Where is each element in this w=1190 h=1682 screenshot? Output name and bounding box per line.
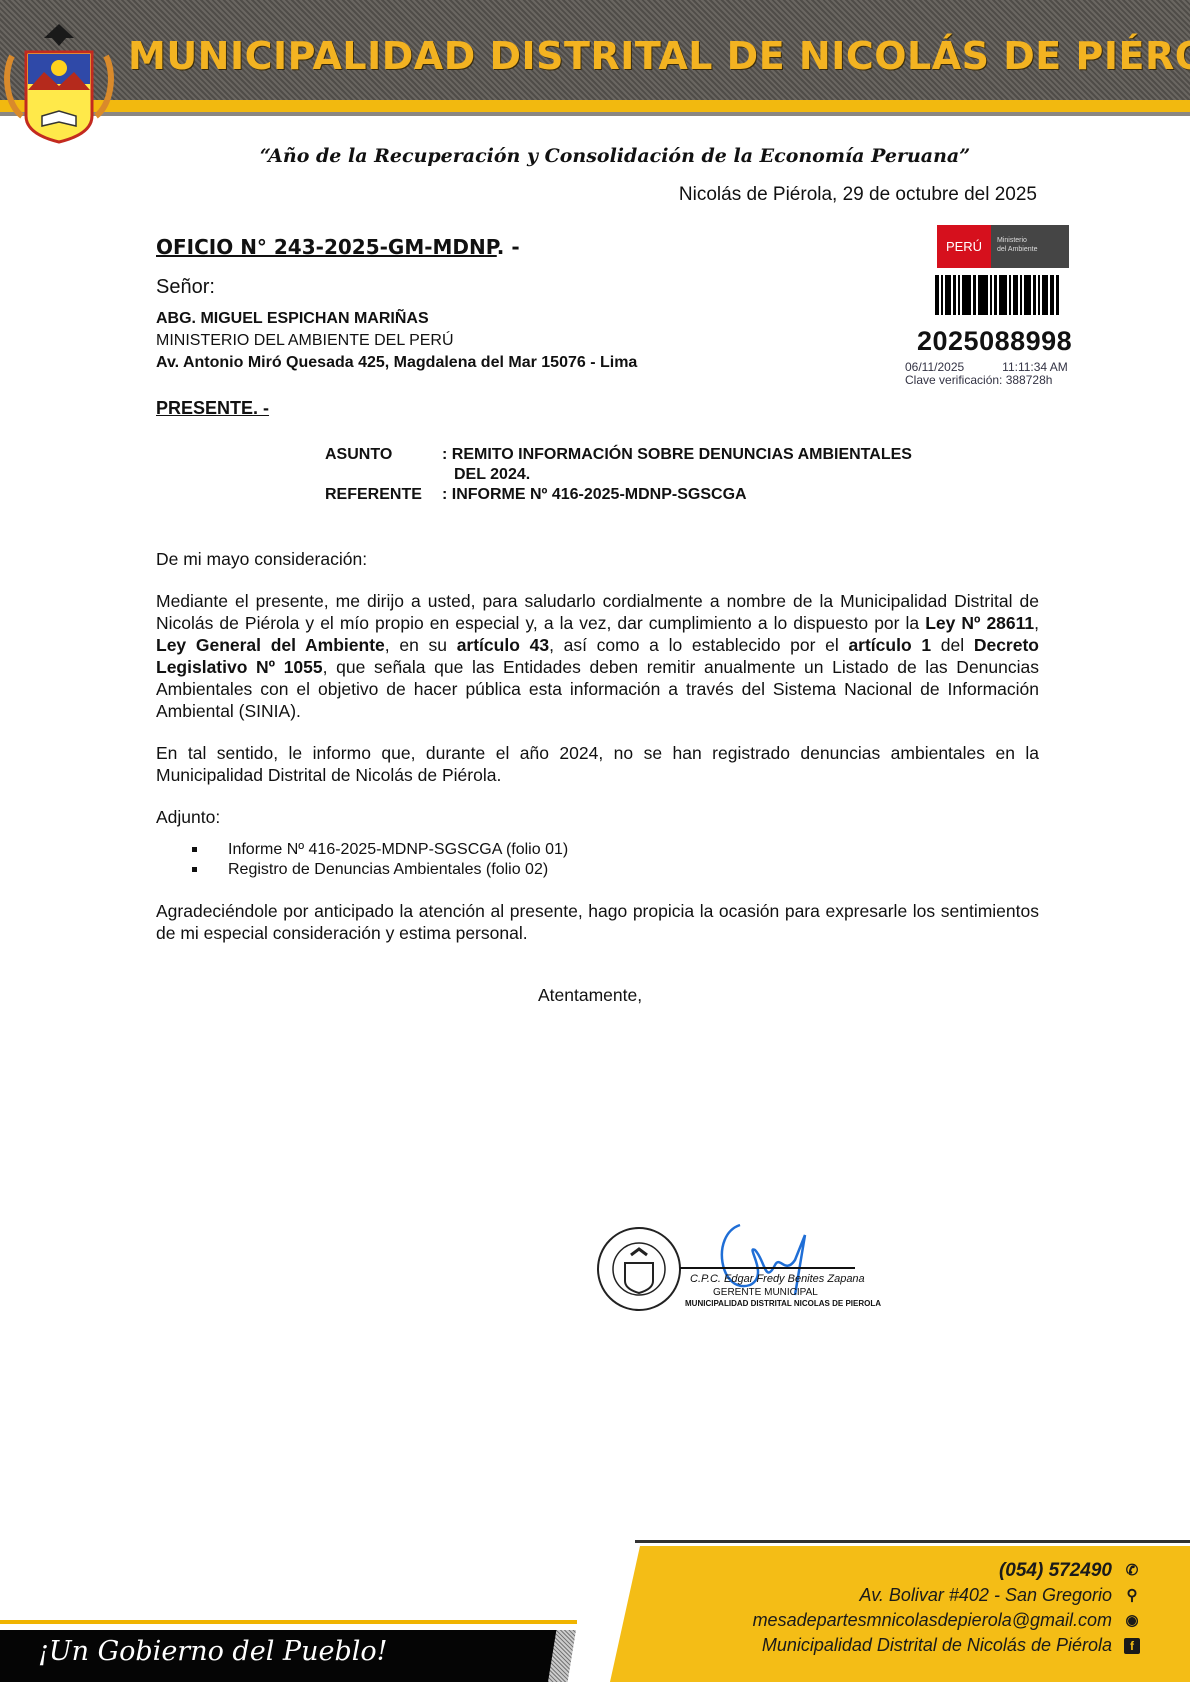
signer-organization: MUNICIPALIDAD DISTRITAL NICOLAS DE PIERO…	[685, 1299, 881, 1308]
recipient-name: ABG. MIGUEL ESPICHAN MARIÑAS	[156, 308, 637, 330]
footer-divider	[635, 1540, 1190, 1543]
browser-icon: ◉	[1124, 1608, 1140, 1633]
referente-label: REFERENTE	[325, 485, 442, 505]
footer-facebook: Municipalidad Distrital de Nicolás de Pi…	[762, 1633, 1112, 1658]
asunto-value: : REMITO INFORMACIÓN SOBRE DENUNCIAS AMB…	[442, 445, 962, 485]
attachments-label: Adjunto:	[156, 806, 1039, 828]
signer-role: GERENTE MUNICIPAL	[713, 1287, 818, 1298]
oficio-number-text: OFICIO N° 243-2025-GM-MDNP	[156, 235, 497, 259]
stamp-datetime: 06/11/202511:11:34 AM Clave verificación…	[905, 361, 1068, 387]
signature-line	[680, 1267, 855, 1269]
recipient-block: ABG. MIGUEL ESPICHAN MARIÑAS MINISTERIO …	[156, 308, 637, 374]
footer-email: mesadepartesmnicolasdepierola@gmail.com	[753, 1608, 1112, 1633]
paragraph-3: Agradeciéndole por anticipado la atenció…	[156, 900, 1039, 944]
phone-icon: ✆	[1124, 1558, 1140, 1583]
footer-gold-line	[0, 1620, 577, 1624]
recipient-institution: MINISTERIO DEL AMBIENTE DEL PERÚ	[156, 330, 637, 352]
header-divider	[0, 112, 1190, 116]
ministry-line1: Ministerio	[997, 236, 1069, 245]
ministry-label: Ministerio del Ambiente	[991, 225, 1069, 268]
header-gold-stripe	[0, 100, 1190, 112]
footer-slogan: ¡Un Gobierno del Pueblo!	[38, 1636, 387, 1667]
attachments-list: Informe Nº 416-2025-MDNP-SGSCGA (folio 0…	[228, 840, 1039, 880]
footer-address: Av. Bolivar #402 - San Gregorio	[860, 1583, 1112, 1608]
attachment-item: Registro de Denuncias Ambientales (folio…	[228, 860, 1039, 880]
recipient-address: Av. Antonio Miró Quesada 425, Magdalena …	[156, 352, 637, 374]
paragraph-2: En tal sentido, le informo que, durante …	[156, 742, 1039, 786]
subject-block: ASUNTO : REMITO INFORMACIÓN SOBRE DENUNC…	[325, 445, 962, 505]
official-seal-icon	[595, 1225, 683, 1313]
asunto-line1: : REMITO INFORMACIÓN SOBRE DENUNCIAS AMB…	[442, 445, 962, 465]
signer-name: C.P.C. Edgar Fredy Benites Zapana	[690, 1273, 865, 1285]
attachment-item: Informe Nº 416-2025-MDNP-SGSCGA (folio 0…	[228, 840, 1039, 860]
barcode-icon	[935, 275, 1085, 315]
oficio-suffix: . -	[497, 235, 520, 259]
facebook-icon: f	[1124, 1638, 1140, 1654]
footer-contact: (054) 572490✆ Av. Bolivar #402 - San Gre…	[753, 1558, 1140, 1658]
signature-block: C.P.C. Edgar Fredy Benites Zapana GERENT…	[595, 1205, 895, 1335]
year-slogan: “Año de la Recuperación y Consolidación …	[0, 145, 1190, 167]
asunto-line2: DEL 2024.	[442, 465, 962, 485]
stamp-date: 06/11/2025	[905, 360, 964, 374]
header-title: MUNICIPALIDAD DISTRITAL DE NICOLÁS DE PI…	[128, 34, 1190, 78]
footer-phone: (054) 572490	[999, 1558, 1112, 1583]
municipal-crest-icon	[4, 16, 114, 144]
referente-value: : INFORME Nº 416-2025-MDNP-SGSCGA	[442, 485, 962, 505]
location-pin-icon: ⚲	[1124, 1583, 1140, 1608]
salutation: Señor:	[156, 276, 215, 299]
greeting: De mi mayo consideración:	[156, 548, 1039, 570]
date-line: Nicolás de Piérola, 29 de octubre del 20…	[679, 184, 1037, 206]
registry-number: 2025088998	[917, 326, 1072, 357]
ministry-line2: del Ambiente	[997, 245, 1069, 254]
asunto-label: ASUNTO	[325, 445, 442, 485]
presente-label: PRESENTE. -	[156, 398, 269, 419]
closing: Atentamente,	[538, 985, 642, 1006]
peru-label: PERÚ	[937, 225, 991, 268]
ministry-logo: PERÚ Ministerio del Ambiente	[937, 225, 1069, 268]
oficio-number: OFICIO N° 243-2025-GM-MDNP. -	[156, 235, 520, 259]
letter-body: De mi mayo consideración: Mediante el pr…	[156, 548, 1039, 964]
paragraph-1: Mediante el presente, me dirijo a usted,…	[156, 590, 1039, 722]
stamp-time: 11:11:34 AM	[1002, 360, 1068, 374]
verification-key: Clave verificación: 388728h	[905, 374, 1068, 387]
